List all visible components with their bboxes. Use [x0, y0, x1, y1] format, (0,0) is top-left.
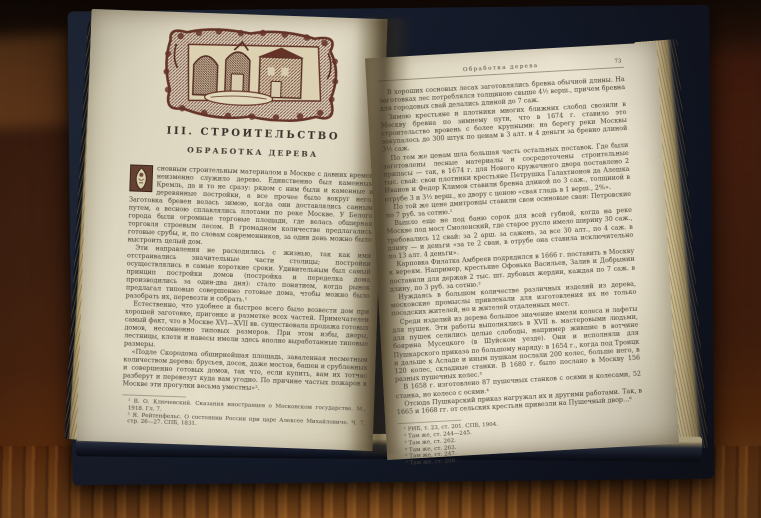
left-page: III. СТРОИТЕЛЬСТВО ОБРАБОТКА ДЕРЕВА снов…	[77, 9, 388, 451]
running-header-title: Обработка дерева	[463, 63, 539, 73]
photo-of-open-book-on-wooden-table: III. СТРОИТЕЛЬСТВО ОБРАБОТКА ДЕРЕВА снов…	[0, 0, 761, 518]
right-page: Обработка дерева 73 В хороших сосновых л…	[365, 42, 679, 460]
paragraph-quote: «Подле Скородома обширнейшая площадь, за…	[122, 347, 367, 395]
drop-cap-ornament	[129, 164, 153, 192]
left-page-body: сновным строительным материалом в Москве…	[121, 163, 374, 434]
footnote-rule	[122, 394, 186, 397]
paragraph: сновным строительным материалом в Москве…	[127, 163, 374, 251]
section-heading: ОБРАБОТКА ДЕРЕВА	[131, 143, 375, 161]
right-page-body: В хороших сосновых лесах заготовлялись б…	[379, 75, 646, 468]
paragraph-text: сновным строительным материалом в Москве…	[127, 164, 374, 246]
paragraph: Эти направления не расходились с жизнью,…	[126, 243, 372, 307]
page-number: 73	[614, 58, 621, 64]
headpiece-woodcut-illustration	[158, 23, 349, 124]
chapter-heading: III. СТРОИТЕЛЬСТВО	[131, 124, 375, 144]
paragraph: Естественно, что удобнее и быстрее всего…	[124, 299, 370, 355]
